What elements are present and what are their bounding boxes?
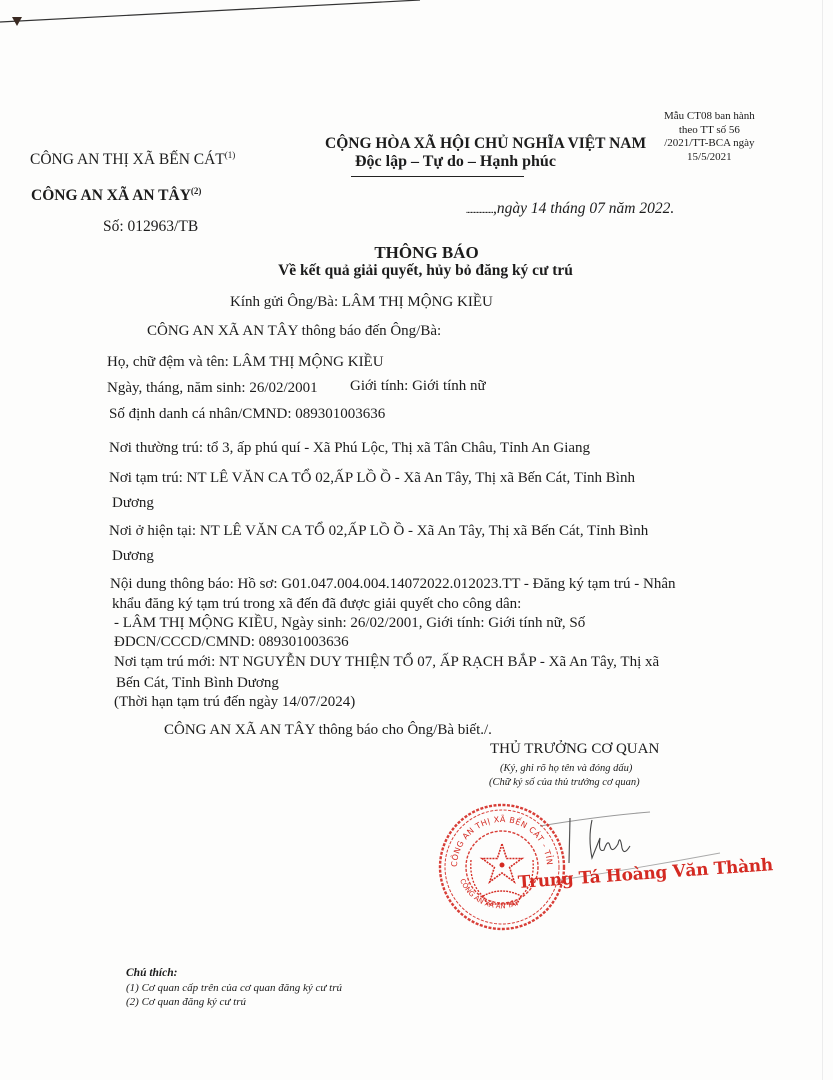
date-of-birth: Ngày, tháng, năm sinh: 26/02/2001: [107, 380, 318, 397]
temporary-address-cont: Dương: [112, 495, 154, 512]
full-name: Họ, chữ đệm và tên: LÂM THỊ MỘNG KIỀU: [107, 354, 384, 371]
form-reference: Mẫu CT08 ban hành theo TT số 56 /2021/TT…: [664, 110, 755, 164]
footnote-2: (2) Cơ quan đăng ký cư trú: [126, 996, 246, 1008]
motto-underline: [351, 176, 524, 177]
closing-line: CÔNG AN XÃ AN TÂY thông báo cho Ông/Bà b…: [164, 722, 492, 739]
issue-date: ..................,ngày 14 tháng 07 năm …: [466, 200, 674, 218]
national-title: CỘNG HÒA XÃ HỘI CHỦ NGHĨA VIỆT NAM: [325, 135, 646, 153]
signer-title: THỦ TRƯỞNG CƠ QUAN: [490, 741, 659, 758]
page-edge: [822, 0, 823, 1080]
content-line-7: (Thời hạn tạm trú đến ngày 14/07/2024): [114, 694, 355, 711]
scan-edge-line: [0, 0, 833, 40]
parent-organization: CÔNG AN THỊ XÃ BẾN CÁT(1): [30, 150, 235, 169]
content-line-5: Nơi tạm trú mới: NT NGUYỄN DUY THIỆN TỔ …: [114, 654, 659, 671]
current-address: Nơi ở hiện tại: NT LÊ VĂN CA TỔ 02,ẤP LỒ…: [109, 523, 648, 540]
id-number: Số định danh cá nhân/CMND: 089301003636: [109, 406, 385, 423]
content-line-6: Bến Cát, Tỉnh Bình Dương: [116, 675, 279, 692]
sign-instruction: (Ký, ghi rõ họ tên và đóng dấu): [500, 763, 632, 774]
notes-heading: Chú thích:: [126, 967, 177, 979]
issuing-organization: CÔNG AN XÃ AN TÂY(2): [31, 186, 201, 205]
digital-sign-instruction: (Chữ ký số của thủ trưởng cơ quan): [489, 777, 640, 788]
intro-line: CÔNG AN XÃ AN TÂY thông báo đến Ông/Bà:: [147, 323, 441, 340]
document-number: Số: 012963/TB: [103, 218, 198, 236]
footnote-1: (1) Cơ quan cấp trên của cơ quan đăng ký…: [126, 982, 342, 994]
current-address-cont: Dương: [112, 548, 154, 565]
temporary-address: Nơi tạm trú: NT LÊ VĂN CA TỔ 02,ẤP LỒ Ồ …: [109, 470, 635, 487]
document-title: THÔNG BÁO: [0, 243, 833, 263]
national-motto: Độc lập – Tự do – Hạnh phúc: [355, 153, 556, 171]
official-seal-icon: CÔNG AN THỊ XÃ BẾN CÁT - TỈNH BÌNH DƯƠNG…: [435, 800, 569, 934]
content-line-4: ĐDCN/CCCD/CMND: 089301003636: [114, 634, 349, 651]
recipient-greeting: Kính gửi Ông/Bà: LÂM THỊ MỘNG KIỀU: [230, 294, 493, 311]
permanent-address: Nơi thường trú: tổ 3, ấp phú quí - Xã Ph…: [109, 440, 590, 457]
gender: Giới tính: Giới tính nữ: [350, 378, 486, 395]
content-line-3: - LÂM THỊ MỘNG KIỀU, Ngày sinh: 26/02/20…: [114, 615, 585, 632]
content-line-1: Nội dung thông báo: Hồ sơ: G01.047.004.0…: [110, 576, 676, 593]
document-subtitle: Về kết quả giải quyết, hủy bỏ đăng ký cư…: [0, 262, 833, 280]
content-line-2: khẩu đăng ký tạm trú trong xã đến đã đượ…: [112, 596, 521, 613]
